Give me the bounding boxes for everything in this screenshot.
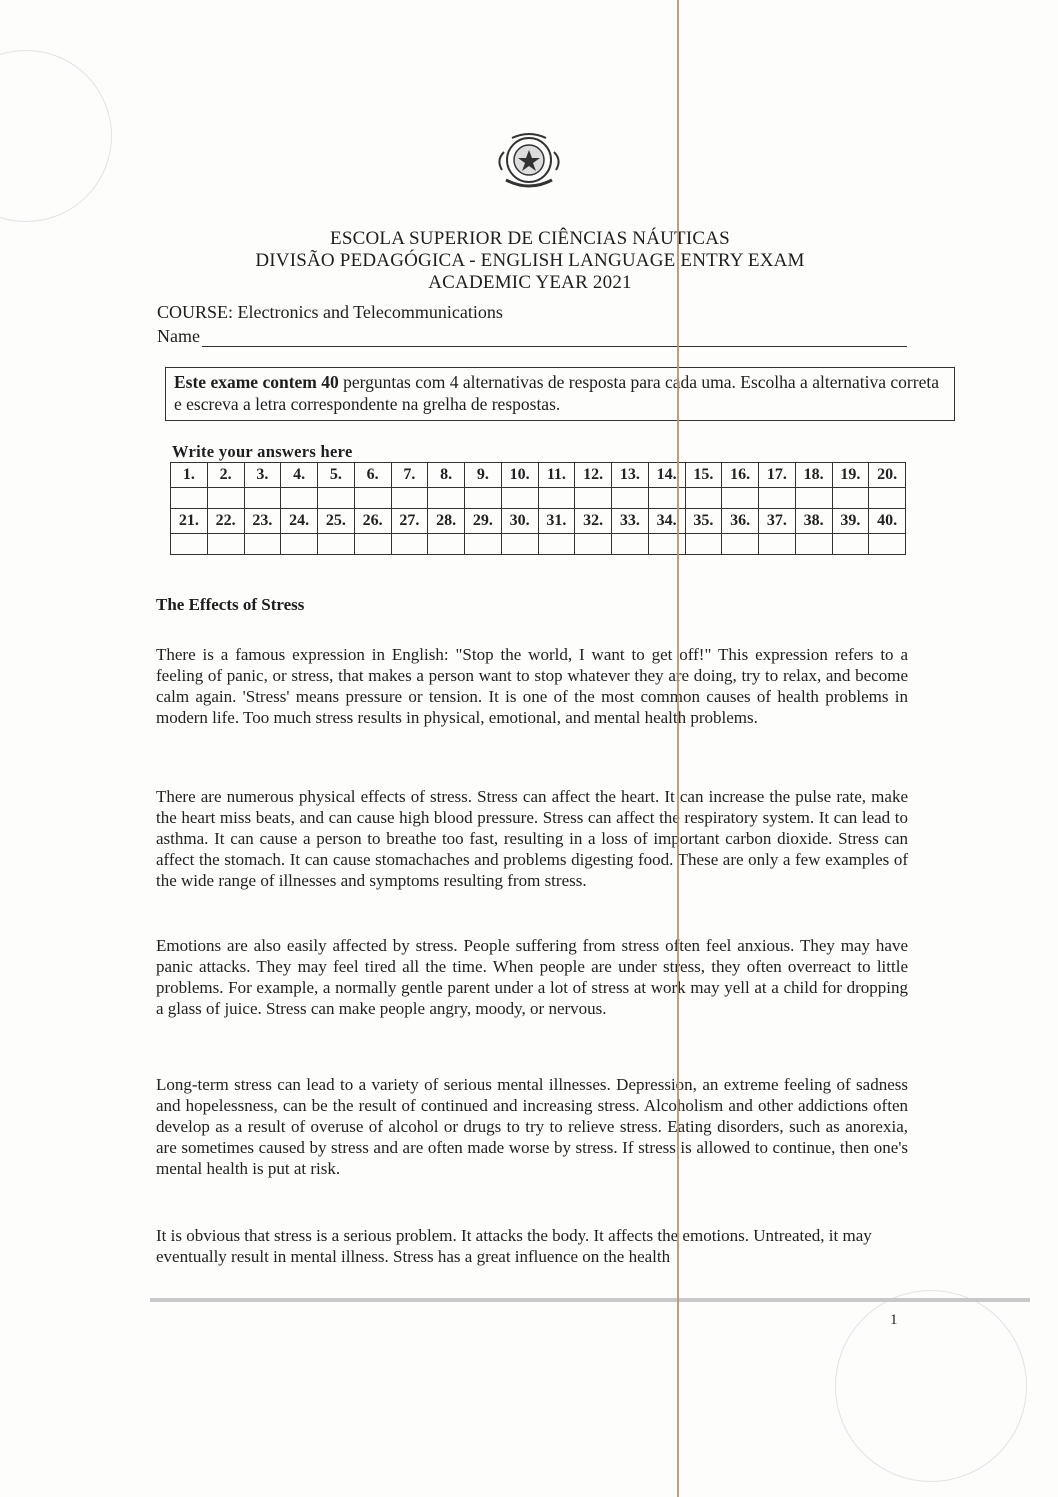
question-number-cell: 7. [391, 463, 428, 488]
answer-cell[interactable] [832, 488, 869, 509]
answer-cell[interactable] [685, 488, 722, 509]
course-value: Electronics and Telecommunications [238, 302, 503, 322]
question-number-cell: 28. [428, 509, 465, 534]
question-number-cell: 4. [281, 463, 318, 488]
answer-cell[interactable] [207, 534, 244, 555]
passage-paragraph: There are numerous physical effects of s… [156, 786, 908, 891]
question-number-cell: 8. [428, 463, 465, 488]
answer-cell[interactable] [612, 488, 649, 509]
passage-paragraph: Long-term stress can lead to a variety o… [156, 1074, 908, 1179]
answer-cell[interactable] [832, 534, 869, 555]
question-number-cell: 3. [244, 463, 281, 488]
answer-cell[interactable] [428, 488, 465, 509]
answer-cell[interactable] [759, 488, 796, 509]
answer-cell[interactable] [869, 534, 906, 555]
answer-cell[interactable] [685, 534, 722, 555]
question-number-cell: 36. [722, 509, 759, 534]
answer-cell[interactable] [318, 534, 355, 555]
course-label: COURSE: [157, 302, 233, 322]
question-number-cell: 23. [244, 509, 281, 534]
passage-paragraph: There is a famous expression in English:… [156, 644, 908, 728]
question-numbers-row: 21.22.23.24.25.26.27.28.29.30.31.32.33.3… [171, 509, 906, 534]
answer-cell[interactable] [575, 534, 612, 555]
answer-cell[interactable] [465, 534, 502, 555]
scan-fold-line [677, 0, 679, 1497]
answer-cell[interactable] [722, 488, 759, 509]
question-number-cell: 9. [465, 463, 502, 488]
question-number-cell: 38. [795, 509, 832, 534]
question-number-cell: 6. [354, 463, 391, 488]
question-number-cell: 26. [354, 509, 391, 534]
footer-divider [150, 1298, 1030, 1302]
course-line: COURSE: Electronics and Telecommunicatio… [157, 302, 503, 323]
exam-page: ESCOLA SUPERIOR DE CIÊNCIAS NÁUTICAS DIV… [0, 0, 1058, 1497]
question-number-cell: 35. [685, 509, 722, 534]
school-crest-icon [492, 130, 566, 196]
answer-cell[interactable] [575, 488, 612, 509]
faded-stamp [835, 1290, 1027, 1482]
question-number-cell: 5. [318, 463, 355, 488]
school-name: ESCOLA SUPERIOR DE CIÊNCIAS NÁUTICAS [150, 228, 910, 250]
exam-header: ESCOLA SUPERIOR DE CIÊNCIAS NÁUTICAS DIV… [150, 228, 910, 294]
question-number-cell: 22. [207, 509, 244, 534]
question-number-cell: 18. [795, 463, 832, 488]
answer-cell[interactable] [354, 534, 391, 555]
question-number-cell: 40. [869, 509, 906, 534]
answer-cell[interactable] [207, 488, 244, 509]
passage-paragraph: Emotions are also easily affected by str… [156, 935, 908, 1019]
answer-cell[interactable] [428, 534, 465, 555]
answer-cell[interactable] [281, 534, 318, 555]
answer-cell[interactable] [171, 534, 208, 555]
question-number-cell: 34. [648, 509, 685, 534]
answer-row [171, 534, 906, 555]
question-numbers-row: 1.2.3.4.5.6.7.8.9.10.11.12.13.14.15.16.1… [171, 463, 906, 488]
passage-paragraph: It is obvious that stress is a serious p… [156, 1225, 908, 1267]
question-number-cell: 20. [869, 463, 906, 488]
instructions-lead: Este exame contem 40 [174, 372, 339, 392]
answer-cell[interactable] [538, 534, 575, 555]
division-title: DIVISÃO PEDAGÓGICA - ENGLISH LANGUAGE EN… [150, 250, 910, 272]
answer-cell[interactable] [318, 488, 355, 509]
question-number-cell: 14. [648, 463, 685, 488]
answer-cell[interactable] [391, 534, 428, 555]
answer-cell[interactable] [795, 534, 832, 555]
question-number-cell: 27. [391, 509, 428, 534]
question-number-cell: 37. [759, 509, 796, 534]
page-number: 1 [890, 1312, 898, 1329]
question-number-cell: 1. [171, 463, 208, 488]
name-label: Name [157, 326, 200, 347]
answer-cell[interactable] [759, 534, 796, 555]
answer-cell[interactable] [501, 488, 538, 509]
answer-cell[interactable] [538, 488, 575, 509]
name-row: Name [157, 326, 907, 347]
answer-grid: 1.2.3.4.5.6.7.8.9.10.11.12.13.14.15.16.1… [170, 462, 906, 555]
answer-cell[interactable] [501, 534, 538, 555]
question-number-cell: 19. [832, 463, 869, 488]
question-number-cell: 11. [538, 463, 575, 488]
question-number-cell: 16. [722, 463, 759, 488]
question-number-cell: 13. [612, 463, 649, 488]
question-number-cell: 32. [575, 509, 612, 534]
answer-cell[interactable] [281, 488, 318, 509]
question-number-cell: 29. [465, 509, 502, 534]
question-number-cell: 39. [832, 509, 869, 534]
answer-cell[interactable] [391, 488, 428, 509]
question-number-cell: 25. [318, 509, 355, 534]
question-number-cell: 2. [207, 463, 244, 488]
name-field[interactable] [202, 326, 907, 347]
answer-cell[interactable] [244, 534, 281, 555]
answer-cell[interactable] [244, 488, 281, 509]
answers-label: Write your answers here [172, 442, 353, 462]
answer-cell[interactable] [354, 488, 391, 509]
answer-cell[interactable] [465, 488, 502, 509]
answer-cell[interactable] [795, 488, 832, 509]
answer-row [171, 488, 906, 509]
passage-title: The Effects of Stress [156, 595, 304, 615]
question-number-cell: 21. [171, 509, 208, 534]
question-number-cell: 17. [759, 463, 796, 488]
question-number-cell: 33. [612, 509, 649, 534]
answer-cell[interactable] [648, 488, 685, 509]
answer-cell[interactable] [171, 488, 208, 509]
question-number-cell: 30. [501, 509, 538, 534]
question-number-cell: 24. [281, 509, 318, 534]
instructions-box: Este exame contem 40 perguntas com 4 alt… [165, 367, 955, 421]
question-number-cell: 10. [501, 463, 538, 488]
faded-stamp [0, 50, 112, 222]
answer-cell[interactable] [869, 488, 906, 509]
question-number-cell: 31. [538, 509, 575, 534]
question-number-cell: 12. [575, 463, 612, 488]
answer-cell[interactable] [612, 534, 649, 555]
question-number-cell: 15. [685, 463, 722, 488]
answer-cell[interactable] [722, 534, 759, 555]
academic-year: ACADEMIC YEAR 2021 [150, 272, 910, 294]
answer-cell[interactable] [648, 534, 685, 555]
